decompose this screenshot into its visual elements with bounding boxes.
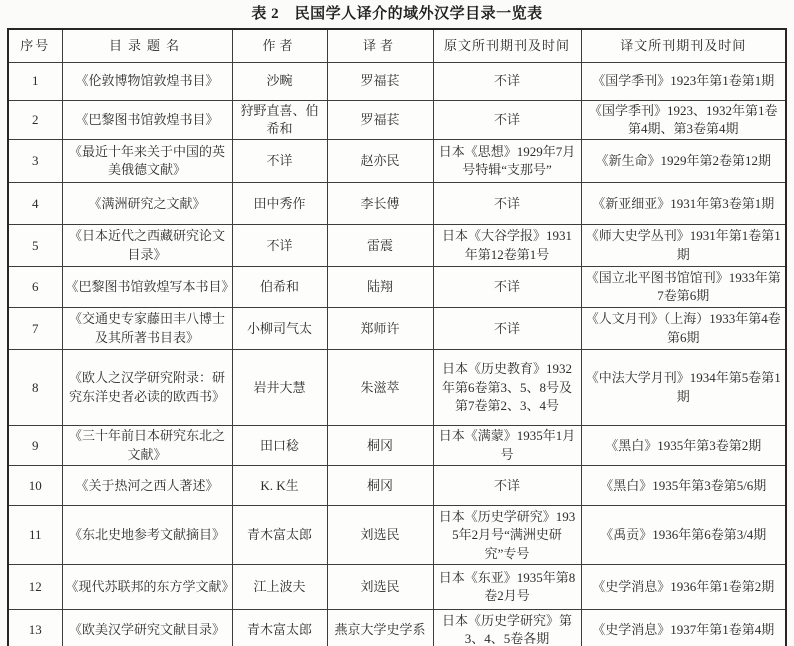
cell-title: 《三十年前日本研究东北之文献》	[62, 426, 232, 466]
cell-translator: 燕京大学史学系	[327, 610, 433, 646]
cell-seq: 3	[8, 140, 62, 183]
cell-translator: 刘选民	[327, 565, 433, 610]
cell-seq: 5	[8, 225, 62, 267]
cell-translation: 《国学季刊》1923年第1卷第1期	[581, 62, 786, 100]
table-row-4: 4 《满洲研究之文献》 田中秀作 李长傅 不详 《新亚细亚》1931年第3卷第1…	[8, 183, 786, 225]
cell-author: 田口稔	[232, 426, 327, 466]
table-row-2: 2 《巴黎图书馆敦煌书目》 狩野直喜、伯希和 罗福苌 不详 《国学季刊》1923…	[8, 100, 786, 140]
cell-title: 《最近十年来关于中国的英美俄德文献》	[62, 140, 232, 183]
cell-seq: 12	[8, 565, 62, 610]
table-row-7: 7 《交通史专家藤田丰八博士及其所著书目表》 小柳司气太 郑师许 不详 《人文月…	[8, 308, 786, 350]
cell-title: 《满洲研究之文献》	[62, 183, 232, 225]
header-source-journal: 原文所刊期刊及时间	[433, 29, 581, 62]
table-caption: 表 2 民国学人译介的域外汉学目录一览表	[0, 5, 794, 23]
cell-translator: 刘选民	[327, 506, 433, 565]
cell-translation: 《新亚细亚》1931年第3卷第1期	[581, 183, 786, 225]
header-title: 目录题名	[62, 29, 232, 62]
cell-translation: 《师大史学丛刊》1931年第1卷第1期	[581, 225, 786, 267]
table-row-12: 12 《现代苏联邦的东方学文献》 江上波夫 刘选民 日本《东亚》1935年第8卷…	[8, 565, 786, 610]
cell-translation: 《禹贡》1936年第6卷第3/4期	[581, 506, 786, 565]
cell-title: 《欧人之汉学研究附录：研究东洋史者必读的欧西书》	[62, 350, 232, 426]
cell-translator: 朱滋萃	[327, 350, 433, 426]
cell-translation: 《国学季刊》1923、1932年第1卷第4期、第3卷第4期	[581, 100, 786, 140]
cell-author: 不详	[232, 140, 327, 183]
table-row-10: 10 《关于热河之西人著述》 K. K生 桐冈 不详 《黑白》1935年第3卷第…	[8, 466, 786, 506]
cell-seq: 8	[8, 350, 62, 426]
cell-author: 狩野直喜、伯希和	[232, 100, 327, 140]
cell-translation: 《史学消息》1936年第1卷第2期	[581, 565, 786, 610]
cell-translation: 《黑白》1935年第3卷第2期	[581, 426, 786, 466]
cell-source: 日本《满蒙》1935年1月号	[433, 426, 581, 466]
cell-source: 不详	[433, 62, 581, 100]
cell-translation: 《中法大学月刊》1934年第5卷第1期	[581, 350, 786, 426]
cell-translator: 陆翔	[327, 267, 433, 308]
cell-translation: 《人文月刊》（上海）1933年第4卷第6期	[581, 308, 786, 350]
cell-translation: 《黑白》1935年第3卷第5/6期	[581, 466, 786, 506]
cell-source: 日本《历史学研究》第3、4、5卷各期	[433, 610, 581, 646]
table-row-11: 11 《东北史地参考文献摘目》 青木富太郎 刘选民 日本《历史学研究》1935年…	[8, 506, 786, 565]
cell-title: 《伦敦博物馆敦煌书目》	[62, 62, 232, 100]
cell-title: 《交通史专家藤田丰八博士及其所著书目表》	[62, 308, 232, 350]
cell-source: 日本《历史教育》1932年第6卷第3、5、8号及第7卷第2、3、4号	[433, 350, 581, 426]
cell-seq: 1	[8, 62, 62, 100]
cell-author: 伯希和	[232, 267, 327, 308]
cell-author: 不详	[232, 225, 327, 267]
cell-translation: 《国立北平图书馆馆刊》1933年第7卷第6期	[581, 267, 786, 308]
cell-author: 江上波夫	[232, 565, 327, 610]
cell-seq: 7	[8, 308, 62, 350]
cell-translator: 李长傅	[327, 183, 433, 225]
cell-author: 沙畹	[232, 62, 327, 100]
cell-translator: 桐冈	[327, 466, 433, 506]
catalog-table: 序号 目录题名 作者 译者 原文所刊期刊及时间 译文所刊期刊及时间 1 《伦敦博…	[7, 28, 787, 646]
cell-author: 青木富太郎	[232, 506, 327, 565]
cell-author: 小柳司气太	[232, 308, 327, 350]
cell-title: 《巴黎图书馆敦煌书目》	[62, 100, 232, 140]
table-row-6: 6 《巴黎图书馆敦煌写本书目》 伯希和 陆翔 不详 《国立北平图书馆馆刊》193…	[8, 267, 786, 308]
cell-title: 《巴黎图书馆敦煌写本书目》	[62, 267, 232, 308]
header-translation-journal: 译文所刊期刊及时间	[581, 29, 786, 62]
cell-source: 不详	[433, 267, 581, 308]
cell-seq: 6	[8, 267, 62, 308]
cell-translator: 罗福苌	[327, 100, 433, 140]
table-row-13: 13 《欧美汉学研究文献目录》 青木富太郎 燕京大学史学系 日本《历史学研究》第…	[8, 610, 786, 646]
cell-translation: 《史学消息》1937年第1卷第4期	[581, 610, 786, 646]
cell-title: 《现代苏联邦的东方学文献》	[62, 565, 232, 610]
table-row-5: 5 《日本近代之西藏研究论文目录》 不详 雷震 日本《大谷学报》1931年第12…	[8, 225, 786, 267]
header-row: 序号 目录题名 作者 译者 原文所刊期刊及时间 译文所刊期刊及时间	[8, 29, 786, 62]
cell-author: 田中秀作	[232, 183, 327, 225]
cell-translator: 罗福苌	[327, 62, 433, 100]
header-seq: 序号	[8, 29, 62, 62]
cell-author: 青木富太郎	[232, 610, 327, 646]
cell-source: 日本《大谷学报》1931年第12卷第1号	[433, 225, 581, 267]
header-author: 作者	[232, 29, 327, 62]
cell-seq: 13	[8, 610, 62, 646]
header-translator: 译者	[327, 29, 433, 62]
table-row-9: 9 《三十年前日本研究东北之文献》 田口稔 桐冈 日本《满蒙》1935年1月号 …	[8, 426, 786, 466]
cell-title: 《欧美汉学研究文献目录》	[62, 610, 232, 646]
cell-source: 不详	[433, 466, 581, 506]
cell-source: 不详	[433, 100, 581, 140]
cell-seq: 10	[8, 466, 62, 506]
cell-author: K. K生	[232, 466, 327, 506]
cell-source: 日本《思想》1929年7月号特辑“支那号”	[433, 140, 581, 183]
cell-translator: 桐冈	[327, 426, 433, 466]
table-row-8: 8 《欧人之汉学研究附录：研究东洋史者必读的欧西书》 岩井大慧 朱滋萃 日本《历…	[8, 350, 786, 426]
cell-source: 日本《历史学研究》1935年2月号“满洲史研究”专号	[433, 506, 581, 565]
table-row-1: 1 《伦敦博物馆敦煌书目》 沙畹 罗福苌 不详 《国学季刊》1923年第1卷第1…	[8, 62, 786, 100]
cell-translator: 郑师许	[327, 308, 433, 350]
table-row-3: 3 《最近十年来关于中国的英美俄德文献》 不详 赵亦民 日本《思想》1929年7…	[8, 140, 786, 183]
cell-title: 《关于热河之西人著述》	[62, 466, 232, 506]
document-page: 表 2 民国学人译介的域外汉学目录一览表 序号 目录题名 作者 译者 原文所刊期…	[0, 0, 794, 646]
cell-seq: 2	[8, 100, 62, 140]
cell-translation: 《新生命》1929年第2卷第12期	[581, 140, 786, 183]
cell-translator: 赵亦民	[327, 140, 433, 183]
cell-source: 日本《东亚》1935年第8卷2月号	[433, 565, 581, 610]
cell-title: 《东北史地参考文献摘目》	[62, 506, 232, 565]
cell-author: 岩井大慧	[232, 350, 327, 426]
cell-title: 《日本近代之西藏研究论文目录》	[62, 225, 232, 267]
cell-seq: 4	[8, 183, 62, 225]
cell-source: 不详	[433, 308, 581, 350]
cell-translator: 雷震	[327, 225, 433, 267]
cell-source: 不详	[433, 183, 581, 225]
cell-seq: 9	[8, 426, 62, 466]
cell-seq: 11	[8, 506, 62, 565]
